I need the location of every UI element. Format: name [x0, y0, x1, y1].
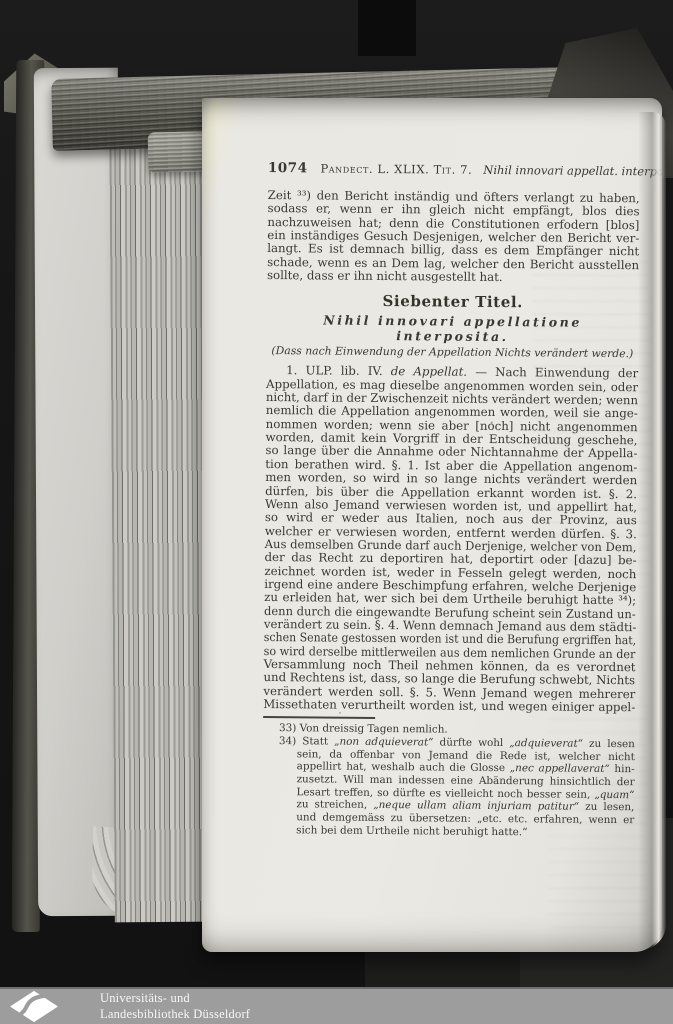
- section-title: Siebenter Titel.: [267, 291, 639, 312]
- section-latin-title: Nihil innovari appellatione interposita.: [266, 312, 638, 345]
- running-header: 1074 Pandect. L. XLIX. Tit. 7. Nihil inn…: [268, 160, 640, 179]
- page-number: 1074: [268, 160, 308, 176]
- page-content: 1074 Pandect. L. XLIX. Tit. 7. Nihil inn…: [262, 160, 640, 840]
- intro-paragraph: Zeit ³³) den Bericht inständig und öfter…: [267, 189, 640, 286]
- background-stripe: [358, 0, 416, 56]
- book-scan-photo: 1074 Pandect. L. XLIX. Tit. 7. Nihil inn…: [0, 0, 673, 1024]
- page-right-edge: [638, 112, 666, 950]
- library-watermark-banner: Universitäts- und Landesbibliothek Düsse…: [0, 987, 673, 1024]
- library-name: Universitäts- und Landesbibliothek Düsse…: [100, 991, 250, 1022]
- library-name-line1: Universitäts- und: [100, 991, 250, 1007]
- page-stack-fore-edge: [109, 92, 209, 923]
- book-page: 1074 Pandect. L. XLIX. Tit. 7. Nihil inn…: [202, 98, 662, 952]
- library-name-line2: Landesbibliothek Düsseldorf: [100, 1007, 250, 1023]
- ulb-duesseldorf-logo: [8, 990, 60, 1023]
- section-subtitle: (Dass nach Einwendung der Appellation Ni…: [266, 344, 638, 360]
- footnote-34: 34) Statt „non adquieverat“ dürfte wohl …: [262, 735, 635, 840]
- main-paragraph: 1. ULP. lib. IV. de Appellat. — Nach Ein…: [263, 364, 638, 714]
- footnote-rule: [263, 716, 375, 719]
- running-title: Pandect. L. XLIX. Tit. 7.: [320, 161, 472, 176]
- text-line: Missethaten verurtheilt worden ist, und …: [263, 698, 635, 715]
